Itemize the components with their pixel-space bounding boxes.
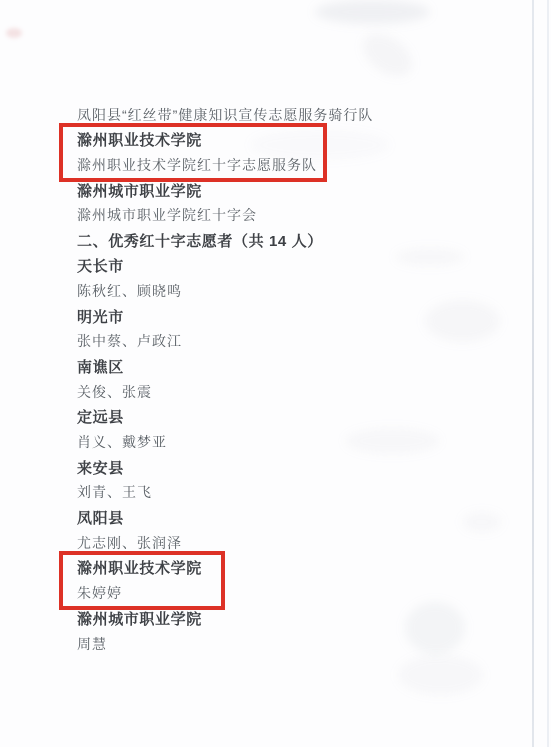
scan-edge-line [532, 0, 534, 747]
scan-artifact [398, 655, 483, 695]
names-line: 周慧 [77, 631, 551, 656]
org-name-line: 滁州职业技术学院 [77, 555, 221, 580]
names-line: 关俊、张震 [77, 379, 551, 404]
highlight-box-1: 滁州职业技术学院 滁州职业技术学院红十字志愿服务队 [59, 123, 327, 181]
section-heading: 二、优秀红十字志愿者（共 14 人） [77, 228, 551, 253]
city-name-line: 明光市 [77, 304, 551, 329]
names-line: 肖义、戴梦亚 [77, 429, 551, 454]
names-line: 陈秋红、顾晓鸣 [77, 278, 551, 303]
highlight-box-2: 滁州职业技术学院 朱婷婷 [59, 551, 225, 609]
names-line: 张中蔡、卢政江 [77, 329, 551, 354]
city-name-line: 南谯区 [77, 354, 551, 379]
names-line: 刘青、王飞 [77, 480, 551, 505]
city-name-line: 定远县 [77, 404, 551, 429]
city-name-line: 天长市 [77, 253, 551, 278]
org-name-line: 滁州职业技术学院 [77, 127, 323, 152]
city-name-line: 来安县 [77, 455, 551, 480]
city-name-line: 凤阳县 [77, 505, 551, 530]
names-line: 朱婷婷 [77, 581, 221, 606]
scanned-page: 凤阳县“红丝带”健康知识宣传志愿服务骑行队 滁州职业技术学院 滁州职业技术学院红… [0, 0, 551, 747]
volunteer-team-line: 滁州城市职业学院红十字会 [77, 203, 551, 228]
document-text-column: 凤阳县“红丝带”健康知识宣传志愿服务骑行队 滁州职业技术学院 滁州职业技术学院红… [0, 0, 551, 656]
volunteer-team-line: 滁州职业技术学院红十字志愿服务队 [77, 152, 323, 177]
scan-edge-outer-line [547, 0, 549, 747]
